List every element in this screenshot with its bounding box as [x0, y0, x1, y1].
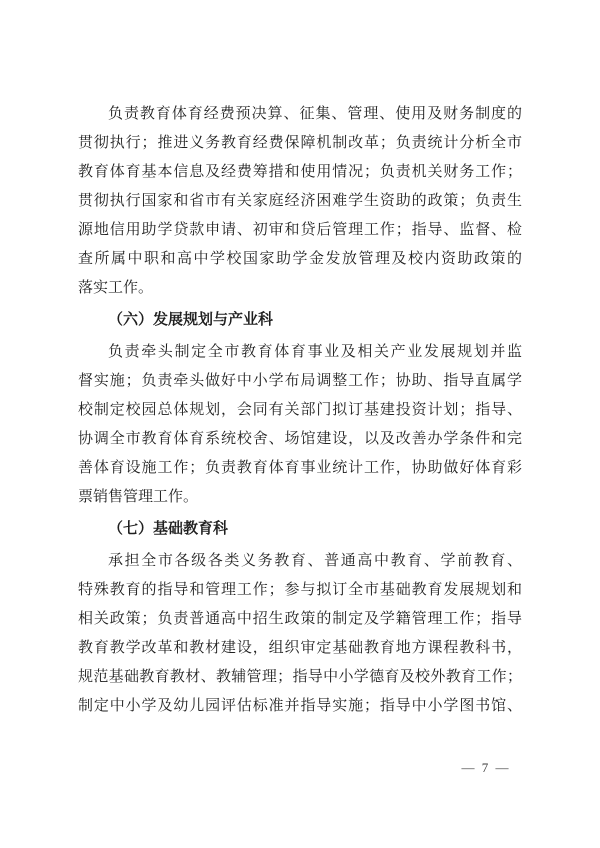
body-line: 承担全市各级各类义务教育、普通高中教育、学前教育、: [78, 547, 522, 576]
body-line: 负责牵头制定全市教育体育事业及相关产业发展规划并监: [78, 338, 522, 367]
body-line: 负责教育体育经费预决算、征集、管理、使用及财务制度的: [78, 100, 522, 129]
document-body: 负责教育体育经费预决算、征集、管理、使用及财务制度的 贯彻执行；推进义务教育经费…: [78, 100, 522, 721]
body-line: 贯彻执行；推进义务教育经费保障机制改革；负责统计分析全市: [78, 129, 522, 158]
body-line: 票销售管理工作。: [78, 483, 522, 512]
body-line: 落实工作。: [78, 274, 522, 303]
body-line: 督实施；负责牵头做好中小学布局调整工作；协助、指导直属学: [78, 367, 522, 396]
document-page: 负责教育体育经费预决算、征集、管理、使用及财务制度的 贯彻执行；推进义务教育经费…: [0, 0, 600, 848]
body-line: 规范基础教育教材、教辅管理；指导中小学德育及校外教育工作；: [78, 663, 522, 692]
body-line: 特殊教育的指导和管理工作；参与拟订全市基础教育发展规划和: [78, 576, 522, 605]
section-heading-7: （七）基础教育科: [78, 515, 522, 544]
body-line: 源地信用助学贷款申请、初审和贷后管理工作；指导、监督、检: [78, 216, 522, 245]
body-line: 校制定校园总体规划，会同有关部门拟订基建投资计划；指导、: [78, 396, 522, 425]
body-line: 制定中小学及幼儿园评估标准并指导实施；指导中小学图书馆、: [78, 692, 522, 721]
body-line: 协调全市教育体育系统校舍、场馆建设，以及改善办学条件和完: [78, 425, 522, 454]
body-line: 教育体育基本信息及经费筹措和使用情况；负责机关财务工作；: [78, 158, 522, 187]
page-number: — 7 —: [440, 760, 532, 776]
body-line: 相关政策；负责普通高中招生政策的制定及学籍管理工作；指导: [78, 605, 522, 634]
body-line: 查所属中职和高中学校国家助学金发放管理及校内资助政策的: [78, 245, 522, 274]
section-heading-6: （六）发展规划与产业科: [78, 306, 522, 335]
body-line: 善体育设施工作；负责教育体育事业统计工作，协助做好体育彩: [78, 454, 522, 483]
body-line: 教育教学改革和教材建设，组织审定基础教育地方课程教科书，: [78, 634, 522, 663]
body-line: 贯彻执行国家和省市有关家庭经济困难学生资助的政策；负责生: [78, 187, 522, 216]
